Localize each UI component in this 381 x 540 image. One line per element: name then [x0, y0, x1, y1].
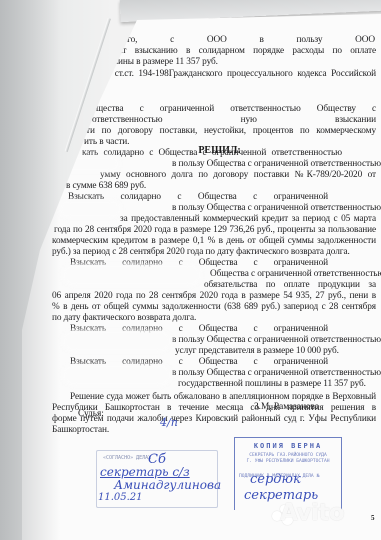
document-text-line: государственной пошлины в размере 11 357… — [178, 379, 366, 390]
avito-watermark: Avito — [280, 500, 344, 526]
document-text-line: в пользу Общества с ограниченной ответст… — [172, 203, 381, 214]
document-text-line: руб.) за период с 28 сентября 2020 года … — [52, 247, 350, 258]
document-text-line: щества с ограниченной ответственностью О… — [96, 104, 376, 115]
handwritten-note: 4/п — [160, 416, 178, 429]
stamp-right-lines: СЕКРЕТАРЬ ГАЗ.РАЙОННОГО СУДА Г. УФЫ РЕСП… — [237, 453, 339, 465]
document-text-line: Решение суда может быть обжаловано в апе… — [70, 392, 376, 403]
document-text-line: за предоставленный коммерческий кредит з… — [120, 214, 376, 225]
document-text-line: ти по договору поставки, неустойки, проц… — [86, 126, 376, 137]
document-text-line: года по 28 сентября 2020 года в размере … — [54, 225, 376, 236]
document-text-line: ответственностью ную взыскании — [92, 115, 376, 126]
document-text-line: Башкортостан. — [52, 425, 109, 436]
stamp-left-header: «СОГЛАСНО» ДЕЛАХ — [103, 455, 151, 461]
stamp-right-handwriting-1: сердюк — [250, 472, 301, 487]
document-text-line: умму основного долга по договору поставк… — [100, 170, 376, 181]
stamp-right-title: КОПИЯ ВЕРНА — [235, 442, 341, 450]
redaction-mark — [58, 200, 122, 218]
document-text-line: обязательства по оплате продукции за пер… — [204, 280, 376, 291]
document-text-line: услуг представителя в размере 10 000 руб… — [175, 346, 339, 357]
document-text-line: ь ст.ст. 194-198Гражданского процессуаль… — [106, 69, 376, 80]
document-text-line: дат взысканию в солидарном порядке расхо… — [114, 46, 376, 57]
document-text-line: в пользу Общества с ограниченной ответст… — [172, 368, 381, 379]
document-text-line: шины в размере 11 357 руб. — [111, 57, 218, 68]
document-text-line: кать солидарно с Общества с ограниченной… — [82, 148, 342, 159]
stamp-left-handwriting-3: Аминадгулинова — [114, 478, 221, 492]
page-number: 5 — [371, 514, 375, 522]
stamp-left-handwriting-2: секретарь с/з — [100, 465, 190, 479]
page-shadow — [0, 0, 60, 540]
judge-name: З.М. Рамазанова — [254, 402, 319, 412]
document-text-line: в пользу Общества с ограниченной ответст… — [172, 159, 381, 170]
document-text-line: 06 апреля 2020 года по 28 сентября 2020 … — [52, 291, 376, 302]
redaction-mark — [62, 364, 172, 386]
document-text-line: в сумме 638 689 руб. — [66, 181, 146, 192]
redaction-mark — [62, 264, 202, 286]
document-text-line: 1ого, с ООО в пользу ООО — [118, 35, 375, 46]
document-text-line: ить в части. — [84, 137, 129, 148]
judge-label: Судья: — [78, 409, 104, 419]
document-text-line: % в день от общей суммы задолженности (6… — [52, 302, 376, 313]
redaction-mark — [62, 330, 172, 352]
document-text-line: коммерческим кредитом в размере 0,1 % в … — [52, 236, 376, 247]
stamp-left-handwriting-4: 11.05.21 — [98, 492, 143, 503]
document-text-line: Общества с ограниченной ответственностью… — [210, 269, 381, 280]
document-text-line: по дату фактического возврата долга. — [52, 313, 196, 324]
document-text-line: в пользу Общества с ограниченной ответст… — [172, 335, 381, 346]
